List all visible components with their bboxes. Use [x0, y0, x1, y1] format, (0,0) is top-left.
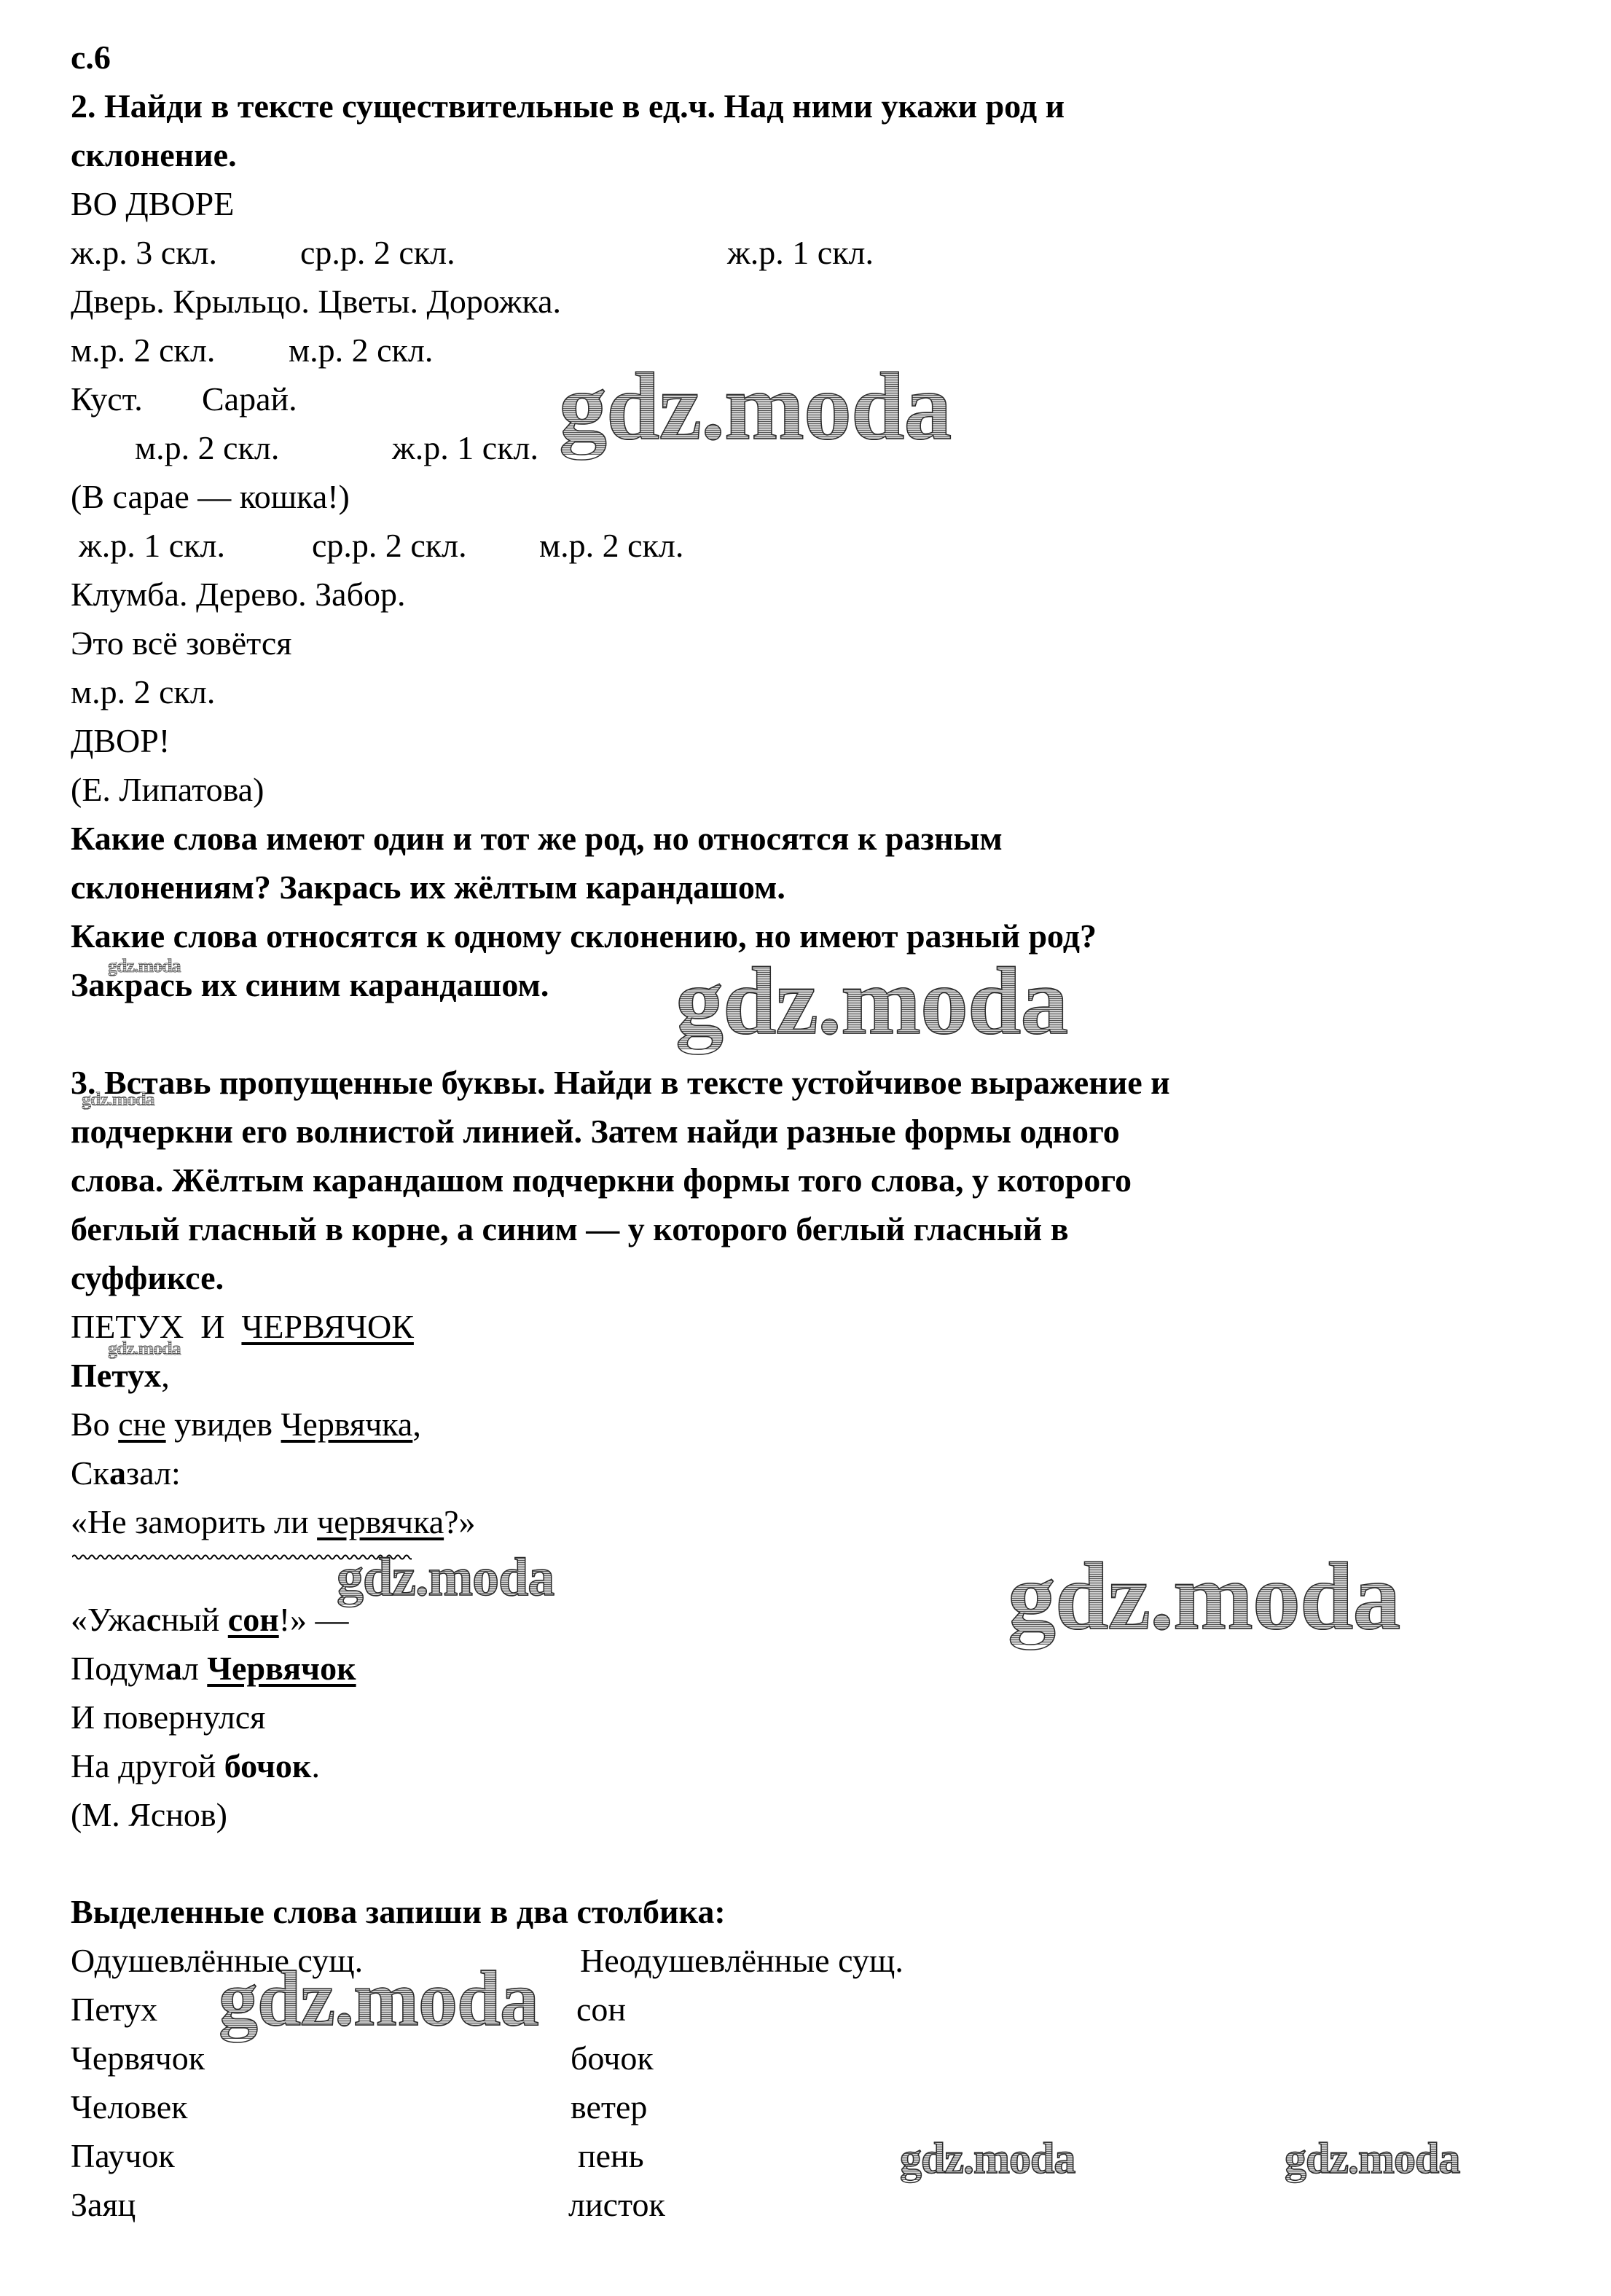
column-header-inanimate: Неодушевлённые сущ.: [580, 1944, 904, 1978]
inanimate-word: ветер: [571, 2091, 647, 2124]
text: ,: [412, 1406, 421, 1443]
task3-instruction-line: подчеркни его волнистой линией. Затем на…: [71, 1115, 1120, 1148]
annotation: м.р. 2 скл.: [71, 334, 215, 367]
text: ный: [161, 1601, 228, 1638]
poem-line: Клумба. Дерево. Забор.: [71, 578, 406, 611]
bold-word: бочок: [224, 1747, 312, 1784]
task3-instruction-line: беглый гласный в корне, а синим — у кото…: [71, 1212, 1069, 1246]
text: На другой: [71, 1747, 224, 1784]
poem-author: (М. Яснов): [71, 1798, 227, 1832]
animate-word: Заяц: [71, 2188, 136, 2222]
task2-question: Какие слова имеют один и тот же род, но …: [71, 822, 1003, 855]
watermark: gdz.moda: [108, 957, 181, 976]
poem-line: «Ужасный сон!» —: [71, 1603, 349, 1637]
watermark: gdz.moda: [82, 1090, 154, 1109]
text: ,: [161, 1357, 170, 1394]
bold-letter: а: [165, 1650, 182, 1687]
inanimate-word: листок: [568, 2188, 665, 2222]
task2-instruction-line-1: 2. Найди в тексте существительные в ед.ч…: [71, 90, 1065, 123]
text: ?»: [444, 1503, 475, 1540]
columns-instruction: Выделенные слова запиши в два столбика:: [71, 1895, 726, 1929]
underlined-word: сне: [118, 1406, 165, 1443]
watermark: gdz.moda: [675, 953, 1067, 1049]
watermark: gdz.moda: [1285, 2136, 1459, 2180]
inanimate-word: сон: [576, 1993, 626, 2026]
underlined-word: червячка: [317, 1503, 444, 1540]
task2-instruction-line-2: склонение.: [71, 138, 237, 172]
task3-instruction-line: слова. Жёлтым карандашом подчеркни формы…: [71, 1164, 1132, 1197]
bold-letter: с: [146, 1601, 161, 1638]
title-underlined: ЧЕРВЯЧОК: [241, 1308, 413, 1345]
text: л: [182, 1650, 207, 1687]
annotation: м.р. 2 скл.: [71, 675, 215, 709]
bold-word: Петух: [71, 1357, 161, 1394]
annotation: ж.р. 1 скл.: [392, 431, 538, 465]
watermark: gdz.moda: [108, 1339, 181, 1358]
bold-letter: а: [109, 1454, 126, 1492]
watermark: gdz.moda: [337, 1551, 554, 1605]
text: Во: [71, 1406, 118, 1443]
poem-line: ДВОР!: [71, 724, 170, 758]
poem-line: Сказал:: [71, 1457, 181, 1490]
annotation: ж.р. 1 скл.: [727, 236, 874, 270]
annotation: ср.р. 2 скл.: [300, 236, 455, 270]
poem-line: Во сне увидев Червячка,: [71, 1408, 421, 1441]
bold-underlined-word: Червячок: [207, 1650, 356, 1687]
text: «Ужа: [71, 1601, 146, 1638]
watermark: gdz.moda: [219, 1960, 538, 2039]
underlined-word: Червячка: [281, 1406, 413, 1443]
annotation: ж.р. 1 скл.: [79, 529, 225, 563]
poem-line: И повернулся: [71, 1701, 265, 1734]
text: .: [311, 1747, 320, 1784]
task3-instruction-line: 3. Вставь пропущенные буквы. Найди в тек…: [71, 1066, 1170, 1100]
poem-title-vo-dvore: ВО ДВОРЕ: [71, 187, 234, 221]
text: Ск: [71, 1454, 109, 1492]
watermark: gdz.moda: [559, 358, 951, 455]
annotation: м.р. 2 скл.: [135, 431, 279, 465]
poem-line: Куст.: [71, 383, 143, 416]
text: зал:: [126, 1454, 181, 1492]
annotation: м.р. 2 скл.: [539, 529, 683, 563]
poem-line: Подумал Червячок: [71, 1652, 356, 1685]
animate-word: Человек: [71, 2091, 187, 2124]
page-number: с.6: [71, 41, 111, 74]
text: увидев: [166, 1406, 281, 1443]
poem-author: (Е. Липатова): [71, 773, 264, 807]
animate-word: Паучок: [71, 2139, 175, 2173]
bold-underlined-word: сон: [228, 1601, 279, 1638]
poem-line: Петух,: [71, 1359, 170, 1392]
poem-line: (В сарае — кошка!): [71, 480, 350, 514]
task3-instruction-line: суффиксе.: [71, 1261, 224, 1295]
task2-question: склонениям? Закрась их жёлтым карандашом…: [71, 871, 785, 904]
animate-word: Петух: [71, 1993, 157, 2026]
poem-line: Сарай.: [202, 383, 297, 416]
poem-line: «Не заморить ли червячка?»: [71, 1505, 476, 1539]
annotation: ср.р. 2 скл.: [312, 529, 467, 563]
text: «Не заморить ли: [71, 1503, 317, 1540]
watermark: gdz.moda: [1008, 1548, 1400, 1645]
text: Подум: [71, 1650, 165, 1687]
inanimate-word: бочок: [571, 2042, 654, 2075]
annotation: ж.р. 3 скл.: [71, 236, 217, 270]
animate-word: Червячок: [71, 2042, 205, 2075]
poem-line: Дверь. Крыльцо. Цветы. Дорожка.: [71, 285, 561, 318]
inanimate-word: пень: [578, 2139, 644, 2173]
watermark: gdz.moda: [900, 2136, 1075, 2180]
annotation: м.р. 2 скл.: [289, 334, 433, 367]
poem-line: На другой бочок.: [71, 1750, 320, 1783]
poem-line: Это всё зовётся: [71, 627, 291, 660]
